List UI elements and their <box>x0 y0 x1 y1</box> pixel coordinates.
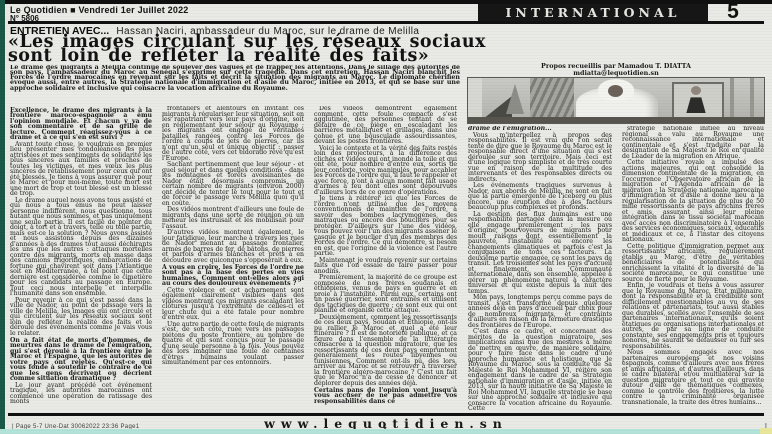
body-paragraph: Le jour ayant précédé cet événement trag… <box>10 383 152 405</box>
headline-line-2: sont loin de refléter la réalité des fai… <box>8 49 756 63</box>
body-paragraph: Excellence, le drame des migrants à la f… <box>10 108 152 141</box>
header-rule <box>8 21 764 24</box>
body-paragraph: Nous sommes engagés avec nos partenaires… <box>622 350 764 405</box>
byline: Propos recueillis par Mamadou T. DIATTA … <box>468 63 764 77</box>
lead-paragraph: Le drame des migrants à Melilla continue… <box>10 65 460 106</box>
body-paragraph: Des vidéos démontrent également comment … <box>314 106 457 145</box>
section-title: INTERNATIONAL <box>506 5 681 20</box>
separator-square-icon: ■ <box>70 5 76 15</box>
body-paragraph: Voici le contexte et la vérité des faits… <box>314 146 457 196</box>
body-paragraph: Je tiens à réitérer ici que les Forces d… <box>314 196 457 257</box>
newspaper-page: Le Quotidien ■ Vendredi 1er Juillet 2022… <box>0 0 772 434</box>
body-paragraph: Les événements tragiques survenus à Nado… <box>468 183 612 211</box>
body-column-3: Des vidéos démontrent également comment … <box>314 106 457 415</box>
photo-face <box>608 85 623 97</box>
body-paragraph: Vous m'interpellez à propos des responsa… <box>468 133 612 183</box>
body-paragraph: Cette violence et cet acharnement sont é… <box>162 288 304 321</box>
left-green-border <box>0 0 5 434</box>
body-paragraph: Pour revenir à ce qui s'est passé dans l… <box>10 298 152 337</box>
photo-portrait-frame <box>672 82 724 119</box>
byline-email: mdiatta@lequotidien.sn <box>468 70 764 77</box>
body-paragraph: Premièrement, la majorité de ce groupe e… <box>314 275 457 314</box>
body-paragraph: Deuxièmement, comment les ressortissants… <box>314 315 457 387</box>
body-paragraph: Mon pays, longtemps perçu comme pays de … <box>468 295 612 328</box>
photo-portrait-suit <box>674 94 718 113</box>
body-column-5: stratégie nationale initiée au niveau ré… <box>622 126 764 415</box>
body-paragraph: A vous en croire, les Forces de l'ordre … <box>162 265 304 287</box>
photo-portrait-head <box>691 86 701 95</box>
body-paragraph: frontaliers et alentours en invitant ces… <box>162 106 304 161</box>
headline: «Les images circulant sur les réseaux so… <box>8 35 756 63</box>
body-paragraph: La gestion des flux humains est une resp… <box>468 212 612 295</box>
ambassador-photo <box>468 78 764 123</box>
body-paragraph: Des vidéos montrent d'ailleurs une foule… <box>162 207 304 229</box>
body-paragraph: Maintenant je voudrais revenir sur certa… <box>314 258 457 275</box>
section-banner: INTERNATIONAL <box>478 4 708 21</box>
body-paragraph: Le drame auquel nous avons tous assisté … <box>10 198 152 297</box>
photo-floor-strip <box>468 117 764 123</box>
body-paragraph: Sachant pertinemment que leur séjour - e… <box>162 162 304 206</box>
body-paragraph: Enfin, je voudrais et tiens à vous assur… <box>622 283 764 349</box>
body-column-2: frontaliers et alentours en invitant ces… <box>162 106 304 415</box>
body-paragraph: Avant toute chose, je voudrais en premie… <box>10 142 152 197</box>
body-paragraph: Certains pans de l'opinion vont jusqu'à … <box>314 388 457 405</box>
body-column-4: drame de l'émigration...Vous m'interpell… <box>468 126 612 415</box>
body-paragraph: Cette initiative royale a impulsé des ac… <box>622 160 764 243</box>
bottom-corner-mark <box>760 428 772 434</box>
body-paragraph: drame de l'émigration... <box>468 126 612 132</box>
body-paragraph: Cette politique d'immigration permet aux… <box>622 244 764 283</box>
body-column-1: Excellence, le drame des migrants à la f… <box>10 106 152 415</box>
body-paragraph: On a fait état de morts d'hommes, de meu… <box>10 338 152 382</box>
body-paragraph: C'est dans ce cadre, et concernant des m… <box>468 329 612 412</box>
body-paragraph: stratégie nationale initiée au niveau ré… <box>622 126 764 159</box>
body-paragraph: Une autre partie de cette foule de migra… <box>162 322 304 366</box>
edition-date: Vendredi 1er Juillet 2022 <box>78 5 188 15</box>
bottom-teal-bar <box>0 429 772 434</box>
body-paragraph: D'autres vidéos montrent également, le j… <box>162 230 304 263</box>
